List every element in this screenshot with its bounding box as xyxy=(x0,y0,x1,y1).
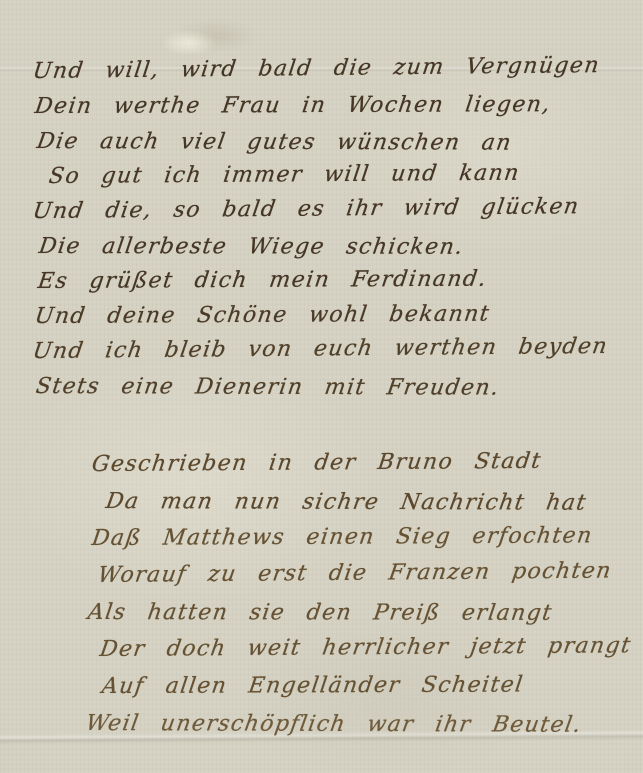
manuscript-line: Weil unerschöpflich war ihr Beutel. xyxy=(83,705,643,744)
manuscript-line: Geschrieben in der Bruno Stadt xyxy=(90,442,643,483)
manuscript-line: Da man nun sichre Nachricht hat xyxy=(103,483,643,522)
manuscript-line: Daß Matthews einen Sieg erfochten xyxy=(89,517,643,557)
manuscript-line: Dein werthe Frau in Wochen liegen, xyxy=(33,87,643,124)
poem-stanza-2: Geschrieben in der Bruno Stadt Da man nu… xyxy=(0,446,643,742)
manuscript-line: Die allerbeste Wiege schicken. xyxy=(37,229,643,265)
manuscript-line: Und ich bleib von euch werthen beyden xyxy=(30,329,643,369)
manuscript-line: Worauf zu erst die Franzen pochten xyxy=(95,552,643,594)
manuscript-line: Der doch weit herrlicher jetzt prangt xyxy=(97,627,643,668)
manuscript-page: Und will, wird bald die zum Vergnügen De… xyxy=(0,0,643,773)
manuscript-line: Stets eine Dienerin mit Freuden. xyxy=(33,369,643,406)
manuscript-line: Und will, wird bald die zum Vergnügen xyxy=(31,48,643,89)
manuscript-line: So gut ich immer will und kann xyxy=(47,155,643,194)
poem-stanza-1: Und will, wird bald die zum Vergnügen De… xyxy=(0,54,643,404)
manuscript-line: Und deine Schöne wohl bekannt xyxy=(33,296,643,334)
manuscript-line: Auf allen Engelländer Scheitel xyxy=(99,666,643,705)
manuscript-line: Als hatten sie den Preiß erlangt xyxy=(85,594,643,632)
manuscript-line: Es grüßet dich mein Ferdinand. xyxy=(36,261,643,299)
manuscript-line: Und die, so bald es ihr wird glücken xyxy=(30,189,643,229)
